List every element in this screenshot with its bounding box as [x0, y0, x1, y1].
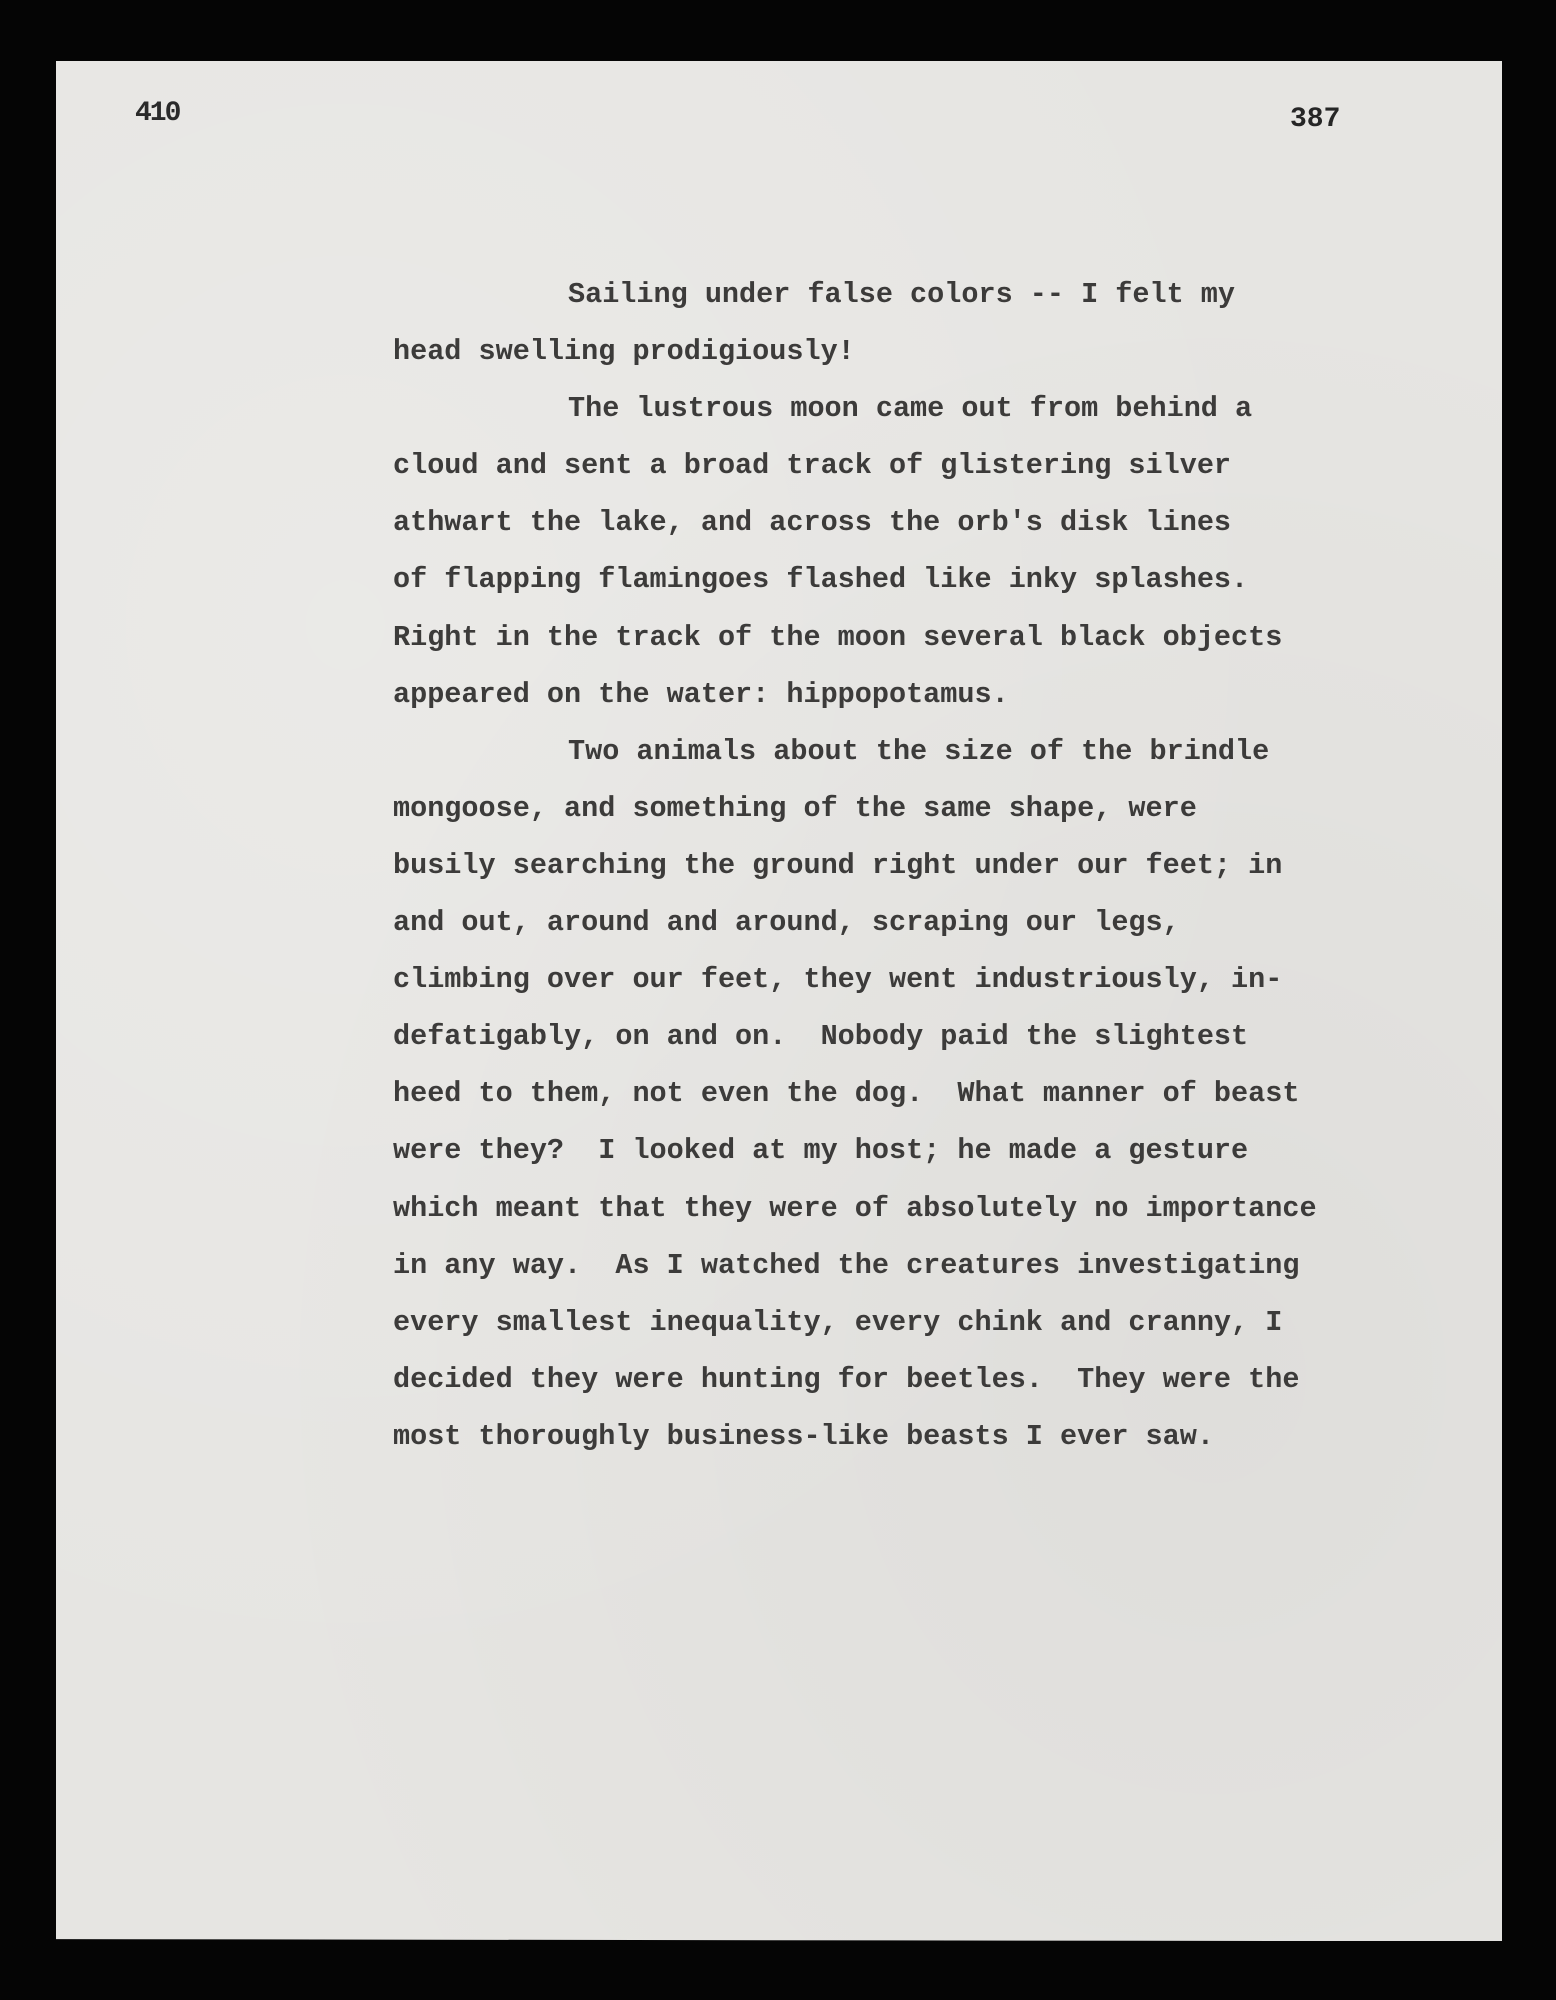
page-number-right: 387	[1290, 104, 1340, 135]
text-line: climbing over our feet, they went indust…	[393, 951, 1393, 1008]
text-line: which meant that they were of absolutely…	[393, 1180, 1393, 1237]
text-line: appeared on the water: hippopotamus.	[393, 666, 1393, 723]
text-line: Sailing under false colors -- I felt my	[393, 266, 1393, 323]
text-line: most thoroughly business-like beasts I e…	[393, 1408, 1393, 1465]
text-line: decided they were hunting for beetles. T…	[393, 1351, 1393, 1408]
page-number-left: 410	[135, 98, 179, 129]
body-text: Sailing under false colors -- I felt myh…	[393, 266, 1393, 1465]
text-line: head swelling prodigiously!	[393, 323, 1393, 380]
text-line: The lustrous moon came out from behind a	[393, 380, 1393, 437]
text-line: cloud and sent a broad track of glisteri…	[393, 437, 1393, 494]
text-line: busily searching the ground right under …	[393, 837, 1393, 894]
text-line: in any way. As I watched the creatures i…	[393, 1237, 1393, 1294]
text-line: were they? I looked at my host; he made …	[393, 1122, 1393, 1179]
text-line: of flapping flamingoes flashed like inky…	[393, 551, 1393, 608]
text-line: and out, around and around, scraping our…	[393, 894, 1393, 951]
text-line: mongoose, and something of the same shap…	[393, 780, 1393, 837]
text-line: every smallest inequality, every chink a…	[393, 1294, 1393, 1351]
text-line: athwart the lake, and across the orb's d…	[393, 494, 1393, 551]
text-line: heed to them, not even the dog. What man…	[393, 1065, 1393, 1122]
text-line: Right in the track of the moon several b…	[393, 609, 1393, 666]
text-line: Two animals about the size of the brindl…	[393, 723, 1393, 780]
text-line: defatigably, on and on. Nobody paid the …	[393, 1008, 1393, 1065]
